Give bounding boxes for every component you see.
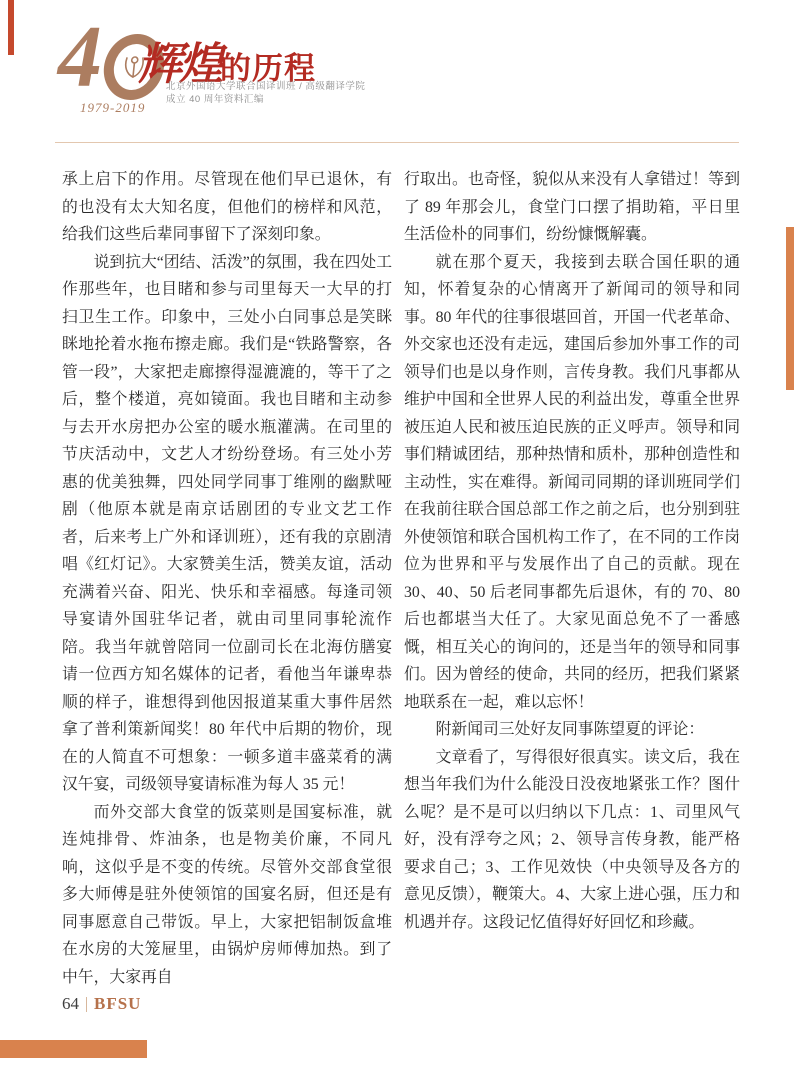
right-column: 行取出。也奇怪，貌似从来没有人拿错过！等到了 89 年那会儿，食堂门口摆了捐助箱… [404, 166, 740, 936]
paragraph: 就在那个夏天，我接到去联合国任职的通知，怀着复杂的心情离开了新闻司的领导和同事。… [404, 249, 740, 717]
paragraph: 附新闻司三处好友同事陈望夏的评论： [404, 716, 740, 744]
brand-label: BFSU [94, 994, 141, 1014]
page-footer: 64 BFSU [62, 994, 141, 1014]
left-column: 承上启下的作用。尽管现在他们早已退休，有的也没有太大知名度，但他们的榜样和风范，… [62, 166, 392, 991]
paragraph: 而外交部大食堂的饭菜则是国宴标准，就连炖排骨、炸油条，也是物美价廉，不同凡响，这… [62, 799, 392, 992]
header-subtitle: 北京外国语大学联合国译训班 / 高级翻译学院 成立 40 周年资料汇编 [166, 80, 365, 106]
logo-years: 1979-2019 [80, 100, 145, 116]
paragraph: 行取出。也奇怪，貌似从来没有人拿错过！等到了 89 年那会儿，食堂门口摆了捐助箱… [404, 166, 740, 249]
paragraph: 文章看了，写得很好很真实。读文后，我在想当年我们为什么能没日没夜地紧张工作？图什… [404, 744, 740, 937]
book-page: 4 1979-2019 辉煌的历程 北京外国语大学联合国译训班 / 高级翻译学院… [0, 0, 794, 1078]
subtitle-line-2: 成立 40 周年资料汇编 [166, 93, 365, 106]
footer-divider [86, 997, 87, 1012]
edge-bar-bottom-left [0, 1040, 147, 1058]
logo-numeral-4: 4 [58, 14, 98, 102]
page-number: 64 [62, 994, 79, 1014]
page-header: 4 1979-2019 辉煌的历程 北京外国语大学联合国译训班 / 高级翻译学院… [58, 26, 738, 122]
edge-bar-right [786, 227, 794, 390]
edge-bar-top-left [8, 0, 14, 55]
header-rule [55, 142, 739, 143]
paragraph: 说到抗大“团结、活泼”的氛围，我在四处工作那些年，也目睹和参与司里每天一大早的打… [62, 249, 392, 799]
paragraph: 承上启下的作用。尽管现在他们早已退休，有的也没有太大知名度，但他们的榜样和风范，… [62, 166, 392, 249]
subtitle-line-1: 北京外国语大学联合国译训班 / 高级翻译学院 [166, 80, 365, 93]
